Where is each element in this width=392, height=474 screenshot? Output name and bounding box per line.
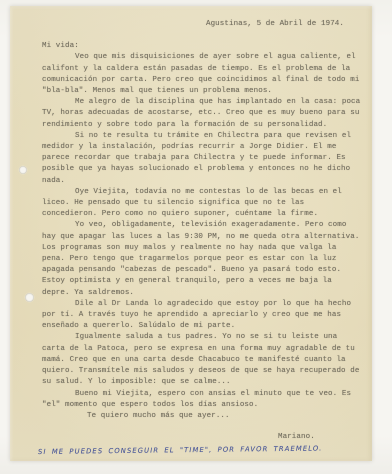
letter-paragraph: Bueno mi Viejita, espero con ansias el m…: [42, 389, 362, 411]
letter-paper: Agustinas, 5 de Abril de 1974. Mi vida: …: [10, 6, 372, 461]
closing-line: Te quiero mucho más que ayer...: [42, 411, 362, 422]
letter-paragraph: Dile al Dr Landa lo agradecido que estoy…: [42, 299, 362, 333]
punch-hole-top: [19, 166, 27, 174]
scanned-letter-background: Agustinas, 5 de Abril de 1974. Mi vida: …: [0, 0, 392, 474]
letter-paragraph: Veo que mis disquisiciones de ayer sobre…: [42, 52, 362, 97]
signature: Mariano.: [42, 432, 362, 443]
letter-paragraph: Oye Viejita, todavía no me contestas lo …: [42, 187, 362, 221]
handwritten-postscript: SI ME PUEDES CONSEGUIR EL "TIME", POR FA…: [38, 444, 358, 456]
dateline: Agustinas, 5 de Abril de 1974.: [42, 19, 362, 30]
typed-letter-body: Agustinas, 5 de Abril de 1974. Mi vida: …: [42, 19, 362, 443]
letter-paragraph: Si no te resulta tu trámite en Chilectra…: [42, 131, 362, 187]
letter-paragraph: Me alegro de la disciplina que has impla…: [42, 97, 362, 131]
letter-paragraph: Yo veo, obligadamente, televisión exager…: [42, 220, 362, 298]
letter-paragraph: Igualmente saluda a tus padres. Yo no se…: [42, 332, 362, 388]
punch-hole-bottom: [25, 293, 34, 302]
salutation: Mi vida:: [42, 41, 362, 52]
